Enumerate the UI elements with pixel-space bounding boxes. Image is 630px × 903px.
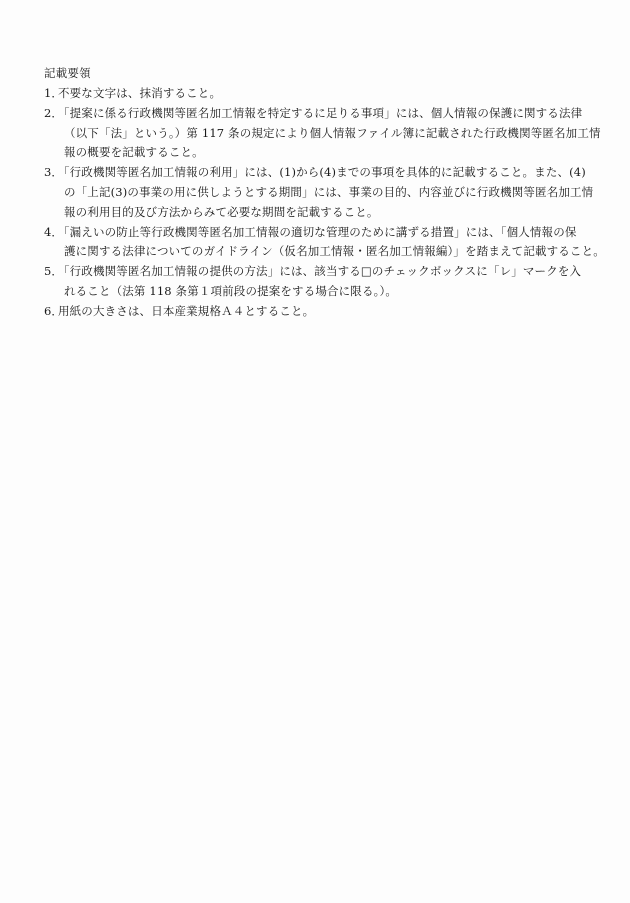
item-text-line: 不要な文字は、抹消すること。 <box>58 84 604 104</box>
item-text-line: れること（法第 118 条第１項前段の提案をする場合に限る。）。 <box>58 282 604 302</box>
item-number: 2． <box>44 104 63 124</box>
instruction-item-1: 1． 不要な文字は、抹消すること。 <box>44 84 604 104</box>
item-text-line: 報の概要を記載すること。 <box>58 143 604 163</box>
instruction-item-2: 2． 「提案に係る行政機関等匿名加工情報を特定するに足りる事項」には、個人情報の… <box>44 104 604 163</box>
item-text-line: 護に関する法律についてのガイドライン（仮名加工情報・匿名加工情報編）」を踏まえて… <box>58 242 604 262</box>
instruction-item-4: 4． 「漏えいの防止等行政機関等匿名加工情報の適切な管理のために講ずる措置」には… <box>44 223 604 263</box>
document-body: 記載要領 1． 不要な文字は、抹消すること。 2． 「提案に係る行政機関等匿名加… <box>44 64 604 322</box>
item-text-line: 「行政機関等匿名加工情報の提供の方法」には、該当する□のチェックボックスに「レ」… <box>58 262 604 282</box>
item-text-line: （以下「法」という。）第 117 条の規定により個人情報ファイル簿に記載された行… <box>58 124 604 144</box>
instruction-item-5: 5． 「行政機関等匿名加工情報の提供の方法」には、該当する□のチェックボックスに… <box>44 262 604 302</box>
item-number: 3． <box>44 163 63 183</box>
item-number: 4． <box>44 223 63 243</box>
item-text-line: の「上記(3)の事業の用に供しようとする期間」には、事業の目的、内容並びに行政機… <box>58 183 604 203</box>
instruction-item-6: 6． 用紙の大きさは、日本産業規格Ａ４とすること。 <box>44 302 604 322</box>
item-text-line: 「提案に係る行政機関等匿名加工情報を特定するに足りる事項」には、個人情報の保護に… <box>58 104 604 124</box>
item-text-line: 「行政機関等匿名加工情報の利用」には、(1)から(4)までの事項を具体的に記載す… <box>58 163 604 183</box>
item-text-line: 報の利用目的及び方法からみて必要な期間を記載すること。 <box>58 203 604 223</box>
item-number: 6． <box>44 302 63 322</box>
item-number: 1． <box>44 84 63 104</box>
item-text-line: 「漏えいの防止等行政機関等匿名加工情報の適切な管理のために講ずる措置」には、「個… <box>58 223 604 243</box>
instruction-item-3: 3． 「行政機関等匿名加工情報の利用」には、(1)から(4)までの事項を具体的に… <box>44 163 604 222</box>
item-text-line: 用紙の大きさは、日本産業規格Ａ４とすること。 <box>58 302 604 322</box>
item-number: 5． <box>44 262 63 282</box>
section-heading: 記載要領 <box>44 64 604 83</box>
